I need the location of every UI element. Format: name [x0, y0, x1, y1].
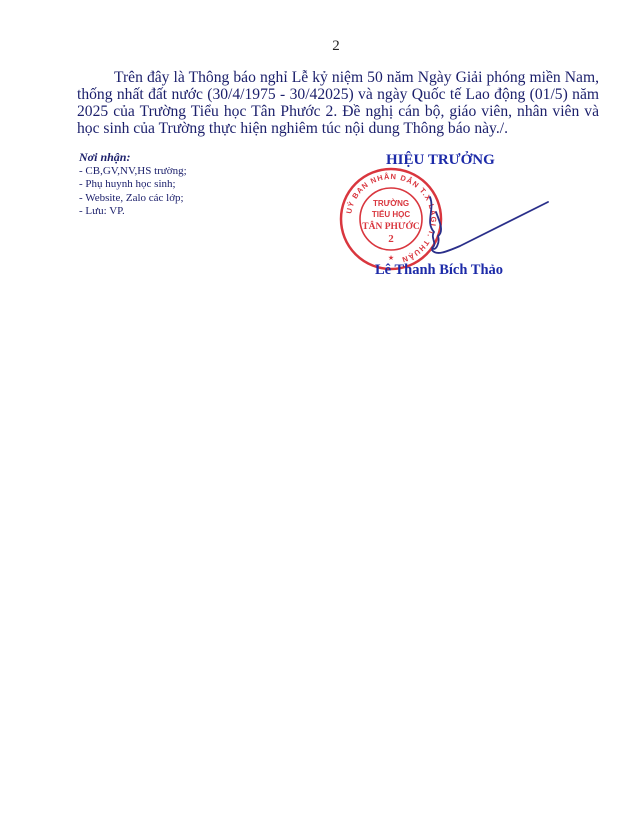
- recipients-block: Nơi nhận: - CB,GV,NV,HS trường; - Phụ hu…: [79, 151, 187, 219]
- svg-text:2: 2: [388, 233, 394, 245]
- recipients-title: Nơi nhận:: [79, 151, 187, 165]
- recipient-item: - CB,GV,NV,HS trường;: [79, 165, 187, 179]
- svg-text:TRƯỜNG: TRƯỜNG: [373, 199, 409, 208]
- signer-name: Lê Thanh Bích Thảo: [375, 262, 503, 279]
- svg-text:★: ★: [388, 254, 394, 262]
- recipient-item: - Website, Zalo các lớp;: [79, 192, 187, 206]
- body-paragraph: Trên đây là Thông báo nghỉ Lễ kỷ niệm 50…: [77, 69, 599, 137]
- handwritten-signature-icon: [410, 192, 560, 272]
- recipient-item: - Lưu: VP.: [79, 205, 187, 219]
- recipient-item: - Phụ huynh học sinh;: [79, 178, 187, 192]
- page-number: 2: [0, 38, 642, 55]
- svg-text:TIỂU HỌC: TIỂU HỌC: [372, 210, 410, 219]
